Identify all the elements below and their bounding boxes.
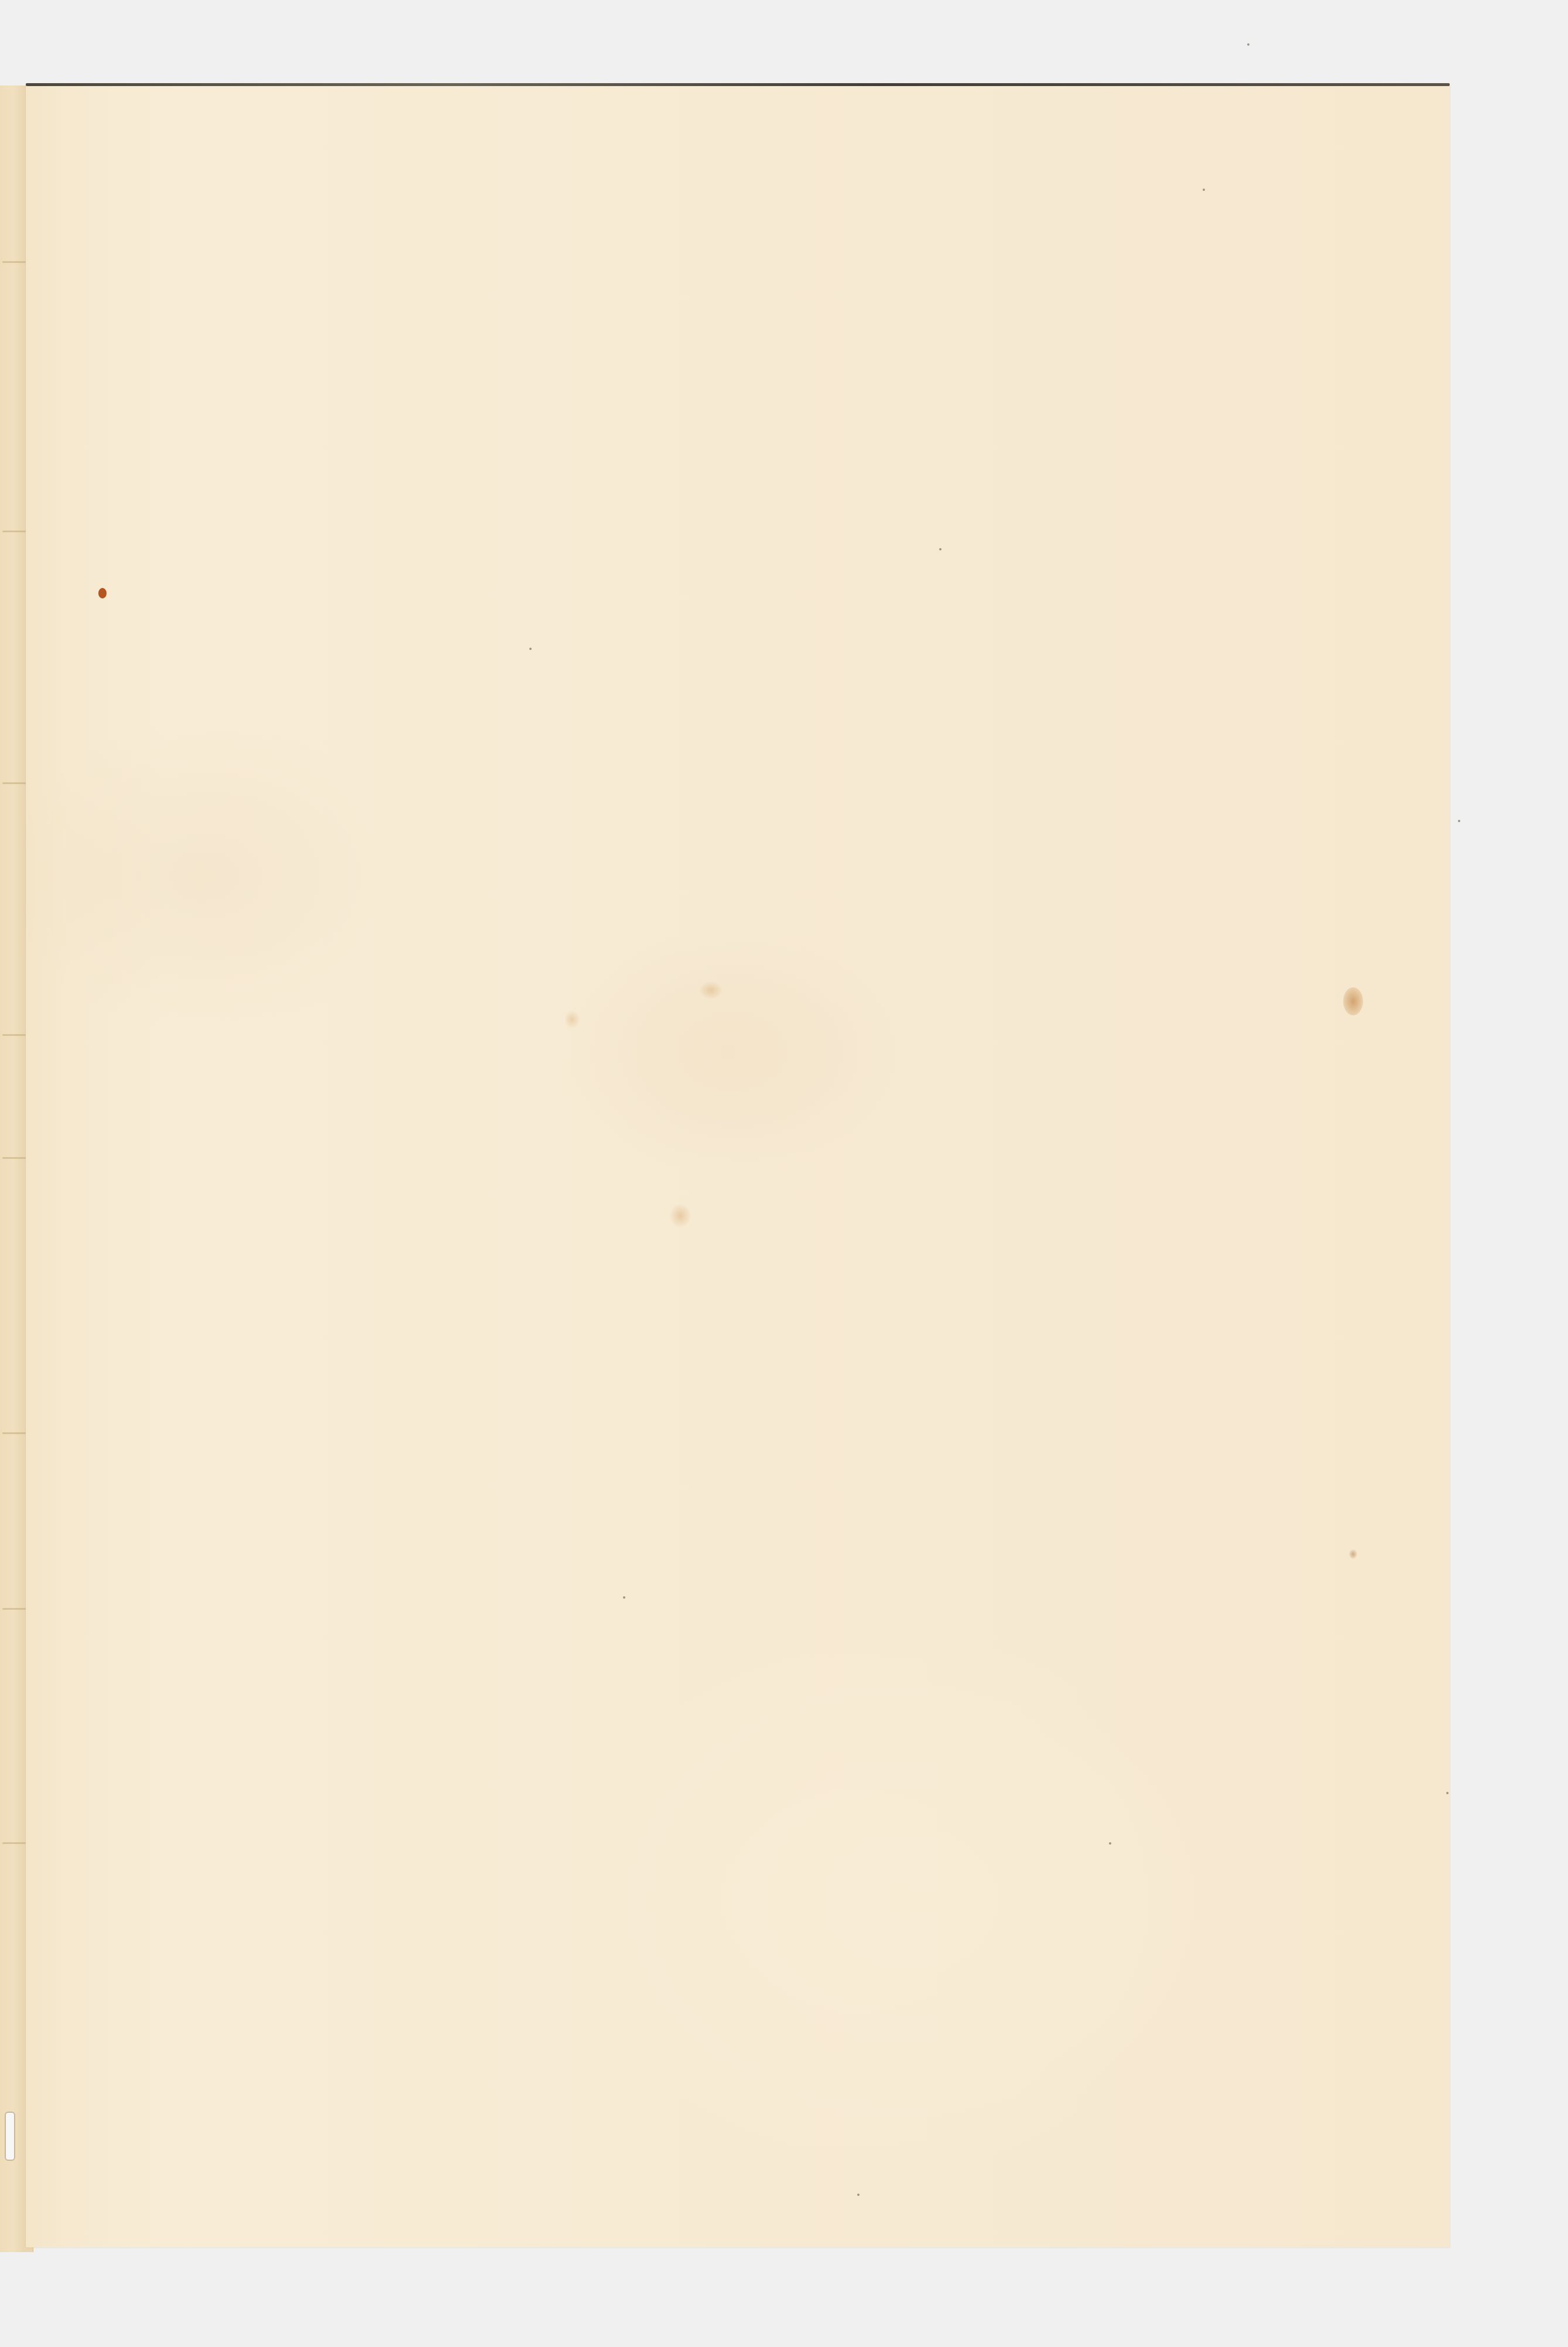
speck bbox=[623, 1596, 625, 1599]
stitch-mark bbox=[2, 1432, 26, 1434]
blank-paper-page bbox=[26, 85, 1450, 2247]
speck bbox=[1203, 189, 1205, 191]
stitch-mark bbox=[2, 1157, 26, 1159]
stitch-mark bbox=[2, 782, 26, 784]
foxing-stain-center-lower bbox=[670, 1204, 691, 1227]
binding-notch bbox=[5, 2112, 15, 2161]
foxing-stain-center-left bbox=[564, 1011, 580, 1028]
stitch-mark bbox=[2, 1842, 26, 1844]
speck bbox=[1109, 1842, 1111, 1845]
speck bbox=[939, 548, 942, 550]
speck bbox=[857, 2194, 860, 2196]
page-top-edge bbox=[26, 83, 1450, 86]
stitch-mark bbox=[2, 1034, 26, 1036]
speck bbox=[1458, 820, 1460, 822]
rust-spot-left bbox=[98, 588, 107, 598]
stitch-mark bbox=[2, 1608, 26, 1610]
foxing-stain-center-upper bbox=[699, 981, 723, 999]
stitch-mark bbox=[2, 261, 26, 263]
foxing-stain-right bbox=[1343, 987, 1363, 1015]
speck bbox=[1247, 43, 1249, 46]
speck bbox=[1446, 1792, 1449, 1794]
speck bbox=[529, 648, 532, 650]
foxing-stain-lower-right bbox=[1349, 1549, 1357, 1559]
stitch-mark bbox=[2, 531, 26, 532]
